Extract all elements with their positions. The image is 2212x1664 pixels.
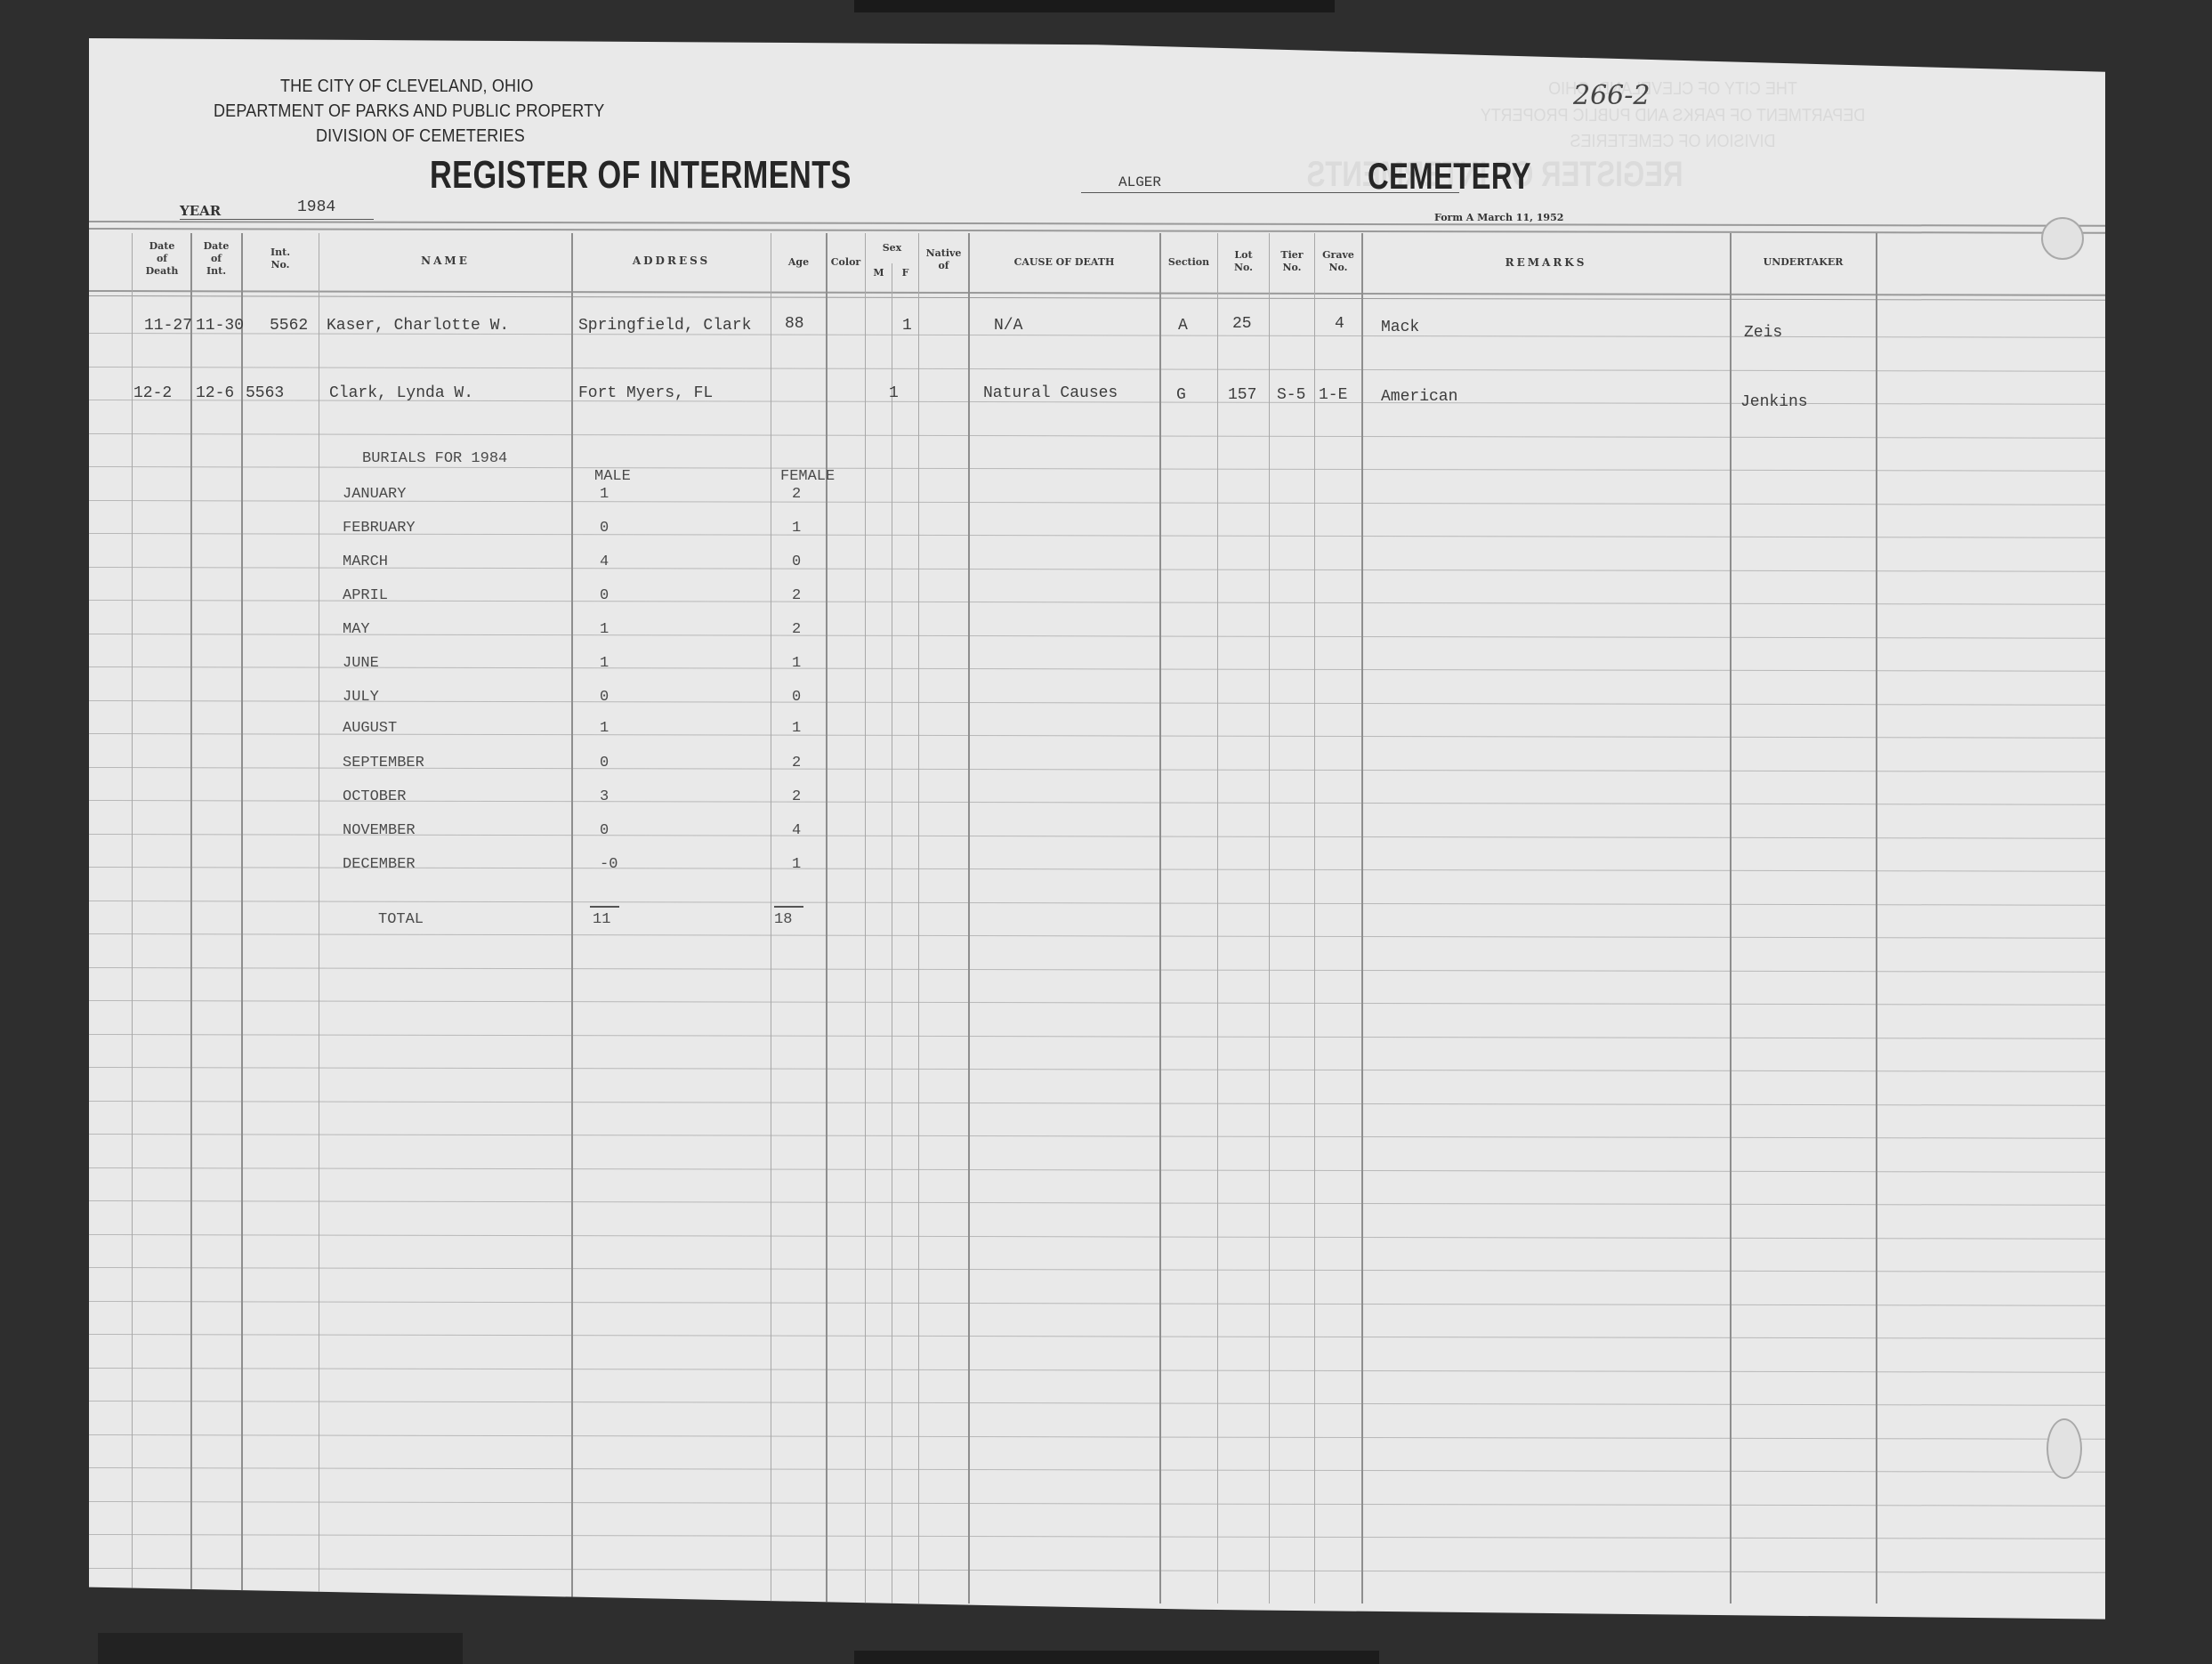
cell-grave-no: 4 [1335,315,1344,333]
bleed-through-city: THE CITY OF CLEVELAND, OHIO [1433,79,1913,100]
colhead-name: NAME [319,254,571,267]
burial-month-label: FEBRUARY [343,520,416,537]
col-rule-12 [1269,233,1270,1603]
cell-int-no: 5563 [246,384,284,402]
burial-month-male: 1 [600,486,609,503]
burials-total-male: 11 [593,911,610,928]
ruled-line [89,700,2105,706]
burial-month-male: 0 [600,689,609,706]
col-rule-13 [1314,233,1315,1603]
colhead-section: Section [1160,256,1217,269]
col-rule-16 [1876,233,1877,1603]
colhead-address: ADDRESS [572,254,771,267]
col-rule-2 [241,233,243,1603]
burials-title: BURIALS FOR 1984 [362,450,507,467]
col-rule-9 [968,233,970,1603]
burial-month-label: JULY [343,689,379,706]
burial-month-label: APRIL [343,587,388,604]
ruled-line [89,1568,2105,1573]
colhead-sex: Sex [866,242,918,254]
ruled-line [89,901,2105,906]
burial-month-male: 0 [600,520,609,537]
cell-cause-of-death: N/A [994,317,1022,335]
burial-month-female: 2 [792,587,801,604]
cell-lot-no: 157 [1228,386,1256,404]
ruled-line [89,1167,2105,1173]
burial-month-label: MARCH [343,553,388,570]
form-note: Form A March 11, 1952 [1434,212,1563,223]
ruled-line [89,1200,2105,1206]
cell-undertaker: Jenkins [1740,393,1808,411]
burial-month-female: 4 [792,822,801,839]
ruled-line [89,933,2105,939]
col-rule-10 [1159,233,1161,1603]
colhead-cause-of-death: CAUSE OF DEATH [969,256,1159,269]
burial-month-male: -0 [600,856,618,873]
col-rule-11 [1217,233,1218,1603]
scanner-bottom-tab-left [98,1633,463,1664]
cemetery-label: CEMETERY [1368,155,1531,198]
burial-month-male: 1 [600,621,609,638]
burials-male-label: MALE [594,468,631,485]
ruled-line [89,1334,2105,1339]
ruled-line [89,1101,2105,1106]
year-label: YEAR [180,203,221,219]
cell-address: Springfield, Clark [578,317,751,335]
burial-month-label: SEPTEMBER [343,755,424,771]
burials-total-female: 18 [774,911,792,928]
burial-month-female: 1 [792,520,801,537]
ruled-line [89,634,2105,639]
burial-month-female: 2 [792,621,801,638]
colhead-age: Age [771,256,826,269]
colhead-remarks: REMARKS [1362,256,1730,269]
burial-month-male: 1 [600,655,609,672]
city-line: THE CITY OF CLEVELAND, OHIO [280,77,534,97]
ruled-line [89,1034,2105,1039]
burial-month-male: 0 [600,822,609,839]
header-rule-top [89,221,2105,227]
ruled-line [89,1501,2105,1506]
burial-month-female: 1 [792,856,801,873]
cell-remarks: American [1381,388,1457,406]
bleed-through-department: DEPARTMENT OF PARKS AND PUBLIC PROPERTY [1401,106,1945,126]
cell-remarks: Mack [1381,319,1419,336]
column-header-rule-2 [89,295,2105,301]
cell-grave-no: 1-E [1319,386,1347,404]
burial-month-male: 4 [600,553,609,570]
bleed-through-division: DIVISION OF CEMETERIES [1481,132,1865,152]
header-rule-bottom [89,228,2105,234]
colhead-tier-no: Tier No. [1270,249,1314,274]
ruled-line [89,367,2105,372]
ruled-line [89,1000,2105,1006]
cell-date-of-int: 11-30 [196,317,244,335]
burial-month-female: 1 [792,655,801,672]
scanner-top-tab [854,0,1335,12]
burial-month-label: JUNE [343,655,379,672]
burials-total-label: TOTAL [378,911,424,928]
colhead-grave-no: Grave No. [1315,249,1361,274]
colhead-native-of: Native of [919,247,968,272]
col-rule-8 [918,233,919,1603]
col-rule-5 [771,233,771,1603]
cell-date-of-death: 12-2 [133,384,172,402]
burial-month-female: 0 [792,689,801,706]
burial-month-label: NOVEMBER [343,822,416,839]
colhead-color: Color [827,256,865,269]
burial-month-male: 1 [600,720,609,737]
cell-address: Fort Myers, FL [578,384,713,402]
year-underline [180,219,374,220]
register-page: REGISTER OF INTERMENTS THE CITY OF CLEVE… [89,30,2105,1632]
cell-date-of-death: 11-27 [144,317,192,335]
ruled-line [89,1067,2105,1072]
ruled-line [89,1134,2105,1139]
ruled-line [89,1434,2105,1440]
male-sum-underline [590,906,619,908]
year-value: 1984 [297,198,335,216]
col-rule-3 [319,233,319,1603]
colhead-lot-no: Lot No. [1218,249,1269,274]
ruled-line [89,967,2105,973]
handwritten-page-number: 266-2 [1573,80,1650,111]
binder-hole-top [2041,217,2084,260]
cell-sex-f: 1 [889,384,899,402]
cell-tier-no: S-5 [1277,386,1305,404]
burial-month-label: OCTOBER [343,788,406,805]
ruled-line [89,1534,2105,1539]
cell-date-of-int: 12-6 [196,384,234,402]
cell-section: G [1176,386,1186,404]
ruled-line [89,600,2105,605]
burials-female-label: FEMALE [780,468,835,485]
burial-month-female: 2 [792,486,801,503]
colhead-int-no: Int. No. [242,246,319,271]
cell-lot-no: 25 [1232,315,1252,333]
cell-cause-of-death: Natural Causes [983,384,1118,402]
ruled-line [89,1234,2105,1240]
col-rule-7 [865,233,866,1603]
burial-month-female: 1 [792,720,801,737]
burial-month-male: 0 [600,587,609,604]
cell-undertaker: Zeis [1744,324,1782,342]
burial-month-male: 3 [600,788,609,805]
burial-month-female: 2 [792,755,801,771]
ruled-line [89,1301,2105,1306]
colhead-undertaker: UNDERTAKER [1731,256,1876,269]
col-rule-1 [190,233,192,1603]
cell-sex-f: 1 [902,317,912,335]
burial-month-label: DECEMBER [343,856,416,873]
cemetery-name: ALGER [1118,174,1161,190]
ruled-line [89,1267,2105,1272]
colhead-date-of-int: Date of Int. [191,240,241,278]
ruled-line [89,433,2105,439]
col-rule-0 [132,233,133,1603]
burial-month-female: 0 [792,553,801,570]
burial-month-female: 2 [792,788,801,805]
colhead-sex-m: M [866,267,892,279]
cell-section: A [1178,317,1188,335]
scanner-bottom-tab-center [854,1651,1379,1664]
cell-int-no: 5562 [270,317,308,335]
col-rule-sex-split [892,263,892,1603]
burial-month-label: AUGUST [343,720,397,737]
burial-month-male: 0 [600,755,609,771]
cell-age: 88 [785,315,804,333]
burial-month-label: MAY [343,621,370,638]
col-rule-14 [1361,233,1363,1603]
ruled-line [89,567,2105,572]
ruled-line [89,1467,2105,1473]
department-line: DEPARTMENT OF PARKS AND PUBLIC PROPERTY [214,101,604,122]
burial-month-label: JANUARY [343,486,406,503]
col-rule-4 [571,233,573,1603]
cell-name: Kaser, Charlotte W. [327,317,509,335]
female-sum-underline [774,906,803,908]
binder-hole-bottom [2047,1418,2082,1479]
cell-name: Clark, Lynda W. [329,384,473,402]
colhead-sex-f: F [892,267,918,279]
division-line: DIVISION OF CEMETERIES [316,126,525,147]
colhead-date-of-death: Date of Death [133,240,190,278]
ruled-line [89,1368,2105,1373]
col-rule-15 [1730,233,1732,1603]
ruled-line [89,666,2105,672]
page-title: REGISTER OF INTERMENTS [430,153,852,198]
ruled-line [89,1401,2105,1406]
col-rule-6 [826,233,827,1603]
